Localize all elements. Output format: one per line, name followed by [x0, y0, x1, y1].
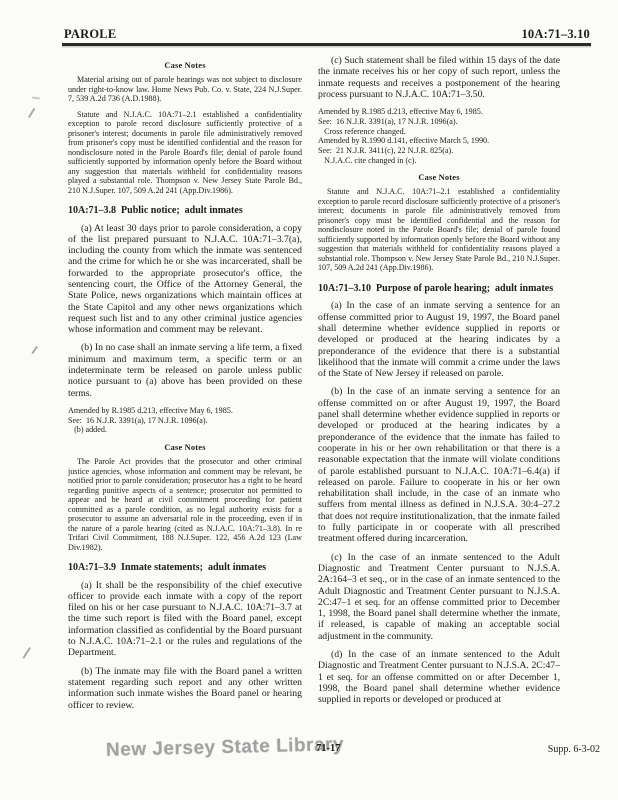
case-notes-heading: Case Notes	[68, 61, 302, 70]
body-paragraph: (a) At least 30 days prior to parole con…	[68, 223, 302, 336]
body-paragraph: (a) It shall be the responsibility of th…	[68, 580, 302, 659]
body-paragraph: (c) Such statement shall be filed within…	[318, 55, 560, 100]
left-column: Case Notes Material arising out of parol…	[68, 53, 302, 765]
pencil-mark	[22, 647, 30, 659]
two-column-text: Case Notes Material arising out of parol…	[68, 53, 560, 765]
body-paragraph: (c) In the case of an inmate sentenced t…	[318, 552, 560, 642]
header-section-number: 10A:71–3.10	[521, 27, 590, 42]
supplement-date: Supp. 6-3-02	[548, 744, 600, 755]
body-paragraph: (b) The inmate may file with the Board p…	[68, 666, 302, 711]
body-paragraph: (a) In the case of an inmate serving a s…	[318, 300, 560, 379]
body-paragraph: (d) In the case of an inmate sentenced t…	[318, 649, 560, 705]
pencil-mark	[31, 346, 37, 354]
section-heading-10A-71-3-10: 10A:71–3.10 Purpose of parole hearing; a…	[318, 283, 560, 295]
page-number: 71-17	[316, 743, 341, 754]
pencil-mark	[28, 108, 35, 118]
case-note-paragraph: Material arising out of parole hearings …	[68, 75, 302, 104]
scanned-document-page: PAROLE 10A:71–3.10 Case Notes Material a…	[0, 0, 618, 800]
case-note-paragraph: The Parole Act provides that the prosecu…	[68, 457, 302, 552]
section-heading-10A-71-3-9: 10A:71–3.9 Inmate statements; adult inma…	[68, 562, 302, 574]
case-notes-heading: Case Notes	[68, 443, 302, 452]
case-note-paragraph: Statute and N.J.A.C. 10A:71–2.1 establis…	[318, 187, 560, 273]
header-rule	[62, 43, 591, 46]
amendment-history: Amended by R.1985 d.213, effective May 6…	[68, 406, 302, 435]
running-header: PAROLE 10A:71–3.10	[64, 27, 590, 42]
case-note-paragraph: Statute and N.J.A.C. 10A:71–2.1 establis…	[68, 110, 302, 196]
body-paragraph: (b) In the case of an inmate serving a s…	[318, 386, 560, 544]
section-heading-10A-71-3-8: 10A:71–3.8 Public notice; adult inmates	[68, 205, 302, 217]
pencil-mark	[32, 96, 40, 99]
case-notes-heading: Case Notes	[318, 173, 560, 182]
right-column: (c) Such statement shall be filed within…	[318, 53, 560, 765]
header-title: PAROLE	[64, 27, 116, 42]
amendment-history: Amended by R.1985 d.213, effective May 6…	[318, 107, 560, 165]
body-paragraph: (b) In no case shall an inmate serving a…	[68, 342, 302, 398]
